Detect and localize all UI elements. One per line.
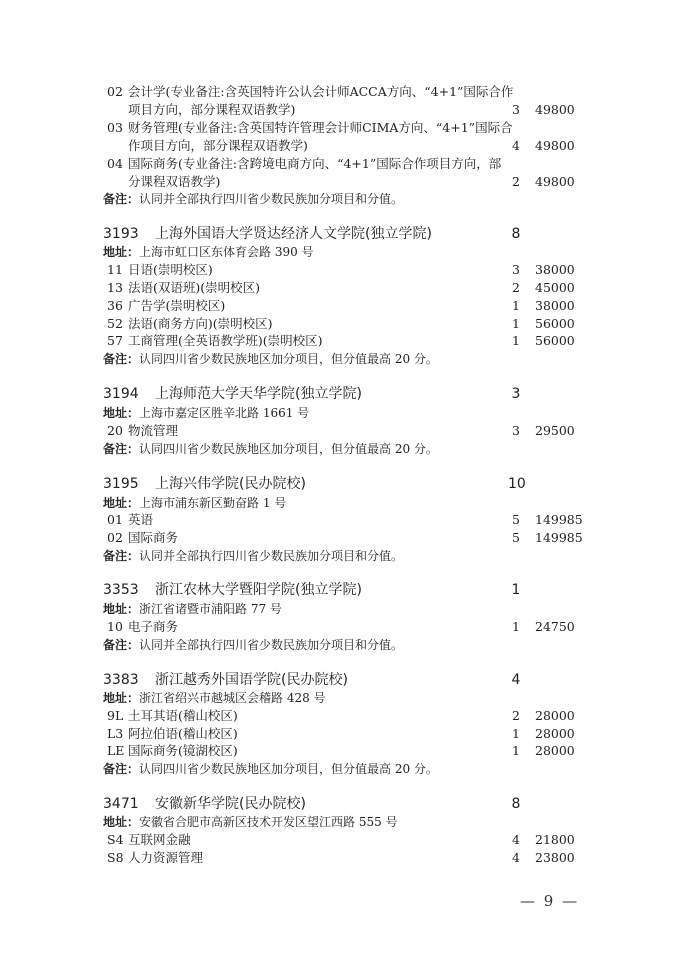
major-count: 5 xyxy=(510,511,522,529)
note-row: 备注：认同四川省少数民族地区加分项目，但分值最高 20 分。 xyxy=(0,350,680,368)
note-row: 备注：认同四川省少数民族地区加分项目，但分值最高 20 分。 xyxy=(0,440,680,458)
note-label: 备注： xyxy=(103,638,139,652)
major-row: 10 电子商务 1 24750 xyxy=(0,618,680,636)
school-code: 3194 xyxy=(103,384,139,404)
address-text: 上海市嘉定区胜辛北路 1661 号 xyxy=(139,406,309,420)
school-name: 上海兴伟学院(民办院校) xyxy=(155,474,306,494)
address-row: 地址：上海市浦东新区勤奋路 1 号 xyxy=(0,494,680,512)
school-header: 3471 安徽新华学院(民办院校) 8 xyxy=(0,794,680,814)
school-name: 浙江农林大学暨阳学院(独立学院) xyxy=(155,580,362,600)
note-label: 备注： xyxy=(103,442,139,456)
address-text: 上海市虹口区东体育会路 390 号 xyxy=(139,245,314,259)
major-count: 1 xyxy=(510,315,522,333)
note-text: 认同四川省少数民族地区加分项目，但分值最高 20 分。 xyxy=(139,762,438,776)
major-row: 57 工商管理(全英语教学班)(崇明校区) 1 56000 xyxy=(0,332,680,350)
major-fee: 38000 xyxy=(535,297,575,315)
major-name: 广告学(崇明校区) xyxy=(128,297,225,315)
address-row: 地址：上海市嘉定区胜辛北路 1661 号 xyxy=(0,404,680,422)
major-row: 01 英语 5 149985 xyxy=(0,511,680,529)
major-name: 英语 xyxy=(128,511,153,529)
major-name: 电子商务 xyxy=(128,618,178,636)
note-row: 备注：认同并全部执行四川省少数民族加分项目和分值。 xyxy=(0,636,680,654)
major-count: 5 xyxy=(510,529,522,547)
school-name: 浙江越秀外国语学院(民办院校) xyxy=(155,670,348,690)
address-row: 地址：浙江省绍兴市越城区会稽路 428 号 xyxy=(0,689,680,707)
major-row: 11 日语(崇明校区) 3 38000 xyxy=(0,261,680,279)
major-name: 国际商务(镜湖校区) xyxy=(128,742,238,760)
school-code: 3193 xyxy=(103,224,139,244)
school-code: 3353 xyxy=(103,580,139,600)
major-row-cont: 分课程双语教学) 2 49800 xyxy=(0,173,680,191)
major-row: 02 国际商务 5 149985 xyxy=(0,529,680,547)
major-row: 9L 土耳其语(稽山校区) 2 28000 xyxy=(0,707,680,725)
major-fee: 28000 xyxy=(535,707,575,725)
address-text: 上海市浦东新区勤奋路 1 号 xyxy=(139,496,286,510)
major-count: 3 xyxy=(510,422,522,440)
major-count: 1 xyxy=(510,742,522,760)
major-row: 52 法语(商务方向)(崇明校区) 1 56000 xyxy=(0,315,680,333)
major-row: 04 国际商务(专业备注:含跨境电商方向、“4+1”国际合作项目方向，部 xyxy=(0,155,680,173)
address-row: 地址：浙江省诸暨市浦阳路 77 号 xyxy=(0,600,680,618)
major-name-cont: 分课程双语教学) xyxy=(128,173,220,191)
major-name: 国际商务(专业备注:含跨境电商方向、“4+1”国际合作项目方向，部 xyxy=(128,155,501,173)
major-name: 阿拉伯语(稽山校区) xyxy=(128,725,238,743)
major-name: 人力资源管理 xyxy=(128,849,203,867)
page-number: — 9 — xyxy=(520,892,579,910)
address-text: 浙江省诸暨市浦阳路 77 号 xyxy=(139,602,282,616)
major-name: 工商管理(全英语教学班)(崇明校区) xyxy=(128,332,323,350)
major-name: 财务管理(专业备注:含英国特许管理会计师CIMA方向、“4+1”国际合 xyxy=(128,119,513,137)
note-row: 备注：认同并全部执行四川省少数民族加分项目和分值。 xyxy=(0,547,680,565)
school-code: 3471 xyxy=(103,794,139,814)
major-fee: 28000 xyxy=(535,725,575,743)
school-name: 安徽新华学院(民办院校) xyxy=(155,794,306,814)
major-fee: 45000 xyxy=(535,279,575,297)
school-total: 10 xyxy=(508,474,524,494)
school-code: 3195 xyxy=(103,474,139,494)
note-row: 备注：认同并全部执行四川省少数民族加分项目和分值。 xyxy=(0,190,680,208)
school-header: 3383 浙江越秀外国语学院(民办院校) 4 xyxy=(0,670,680,690)
major-count: 2 xyxy=(510,279,522,297)
major-count: 1 xyxy=(510,618,522,636)
school-header: 3194 上海师范大学天华学院(独立学院) 3 xyxy=(0,384,680,404)
major-row: 02 会计学(专业备注:含英国特许公认会计师ACCA方向、“4+1”国际合作 xyxy=(0,83,680,101)
address-text: 安徽省合肥市高新区技术开发区望江西路 555 号 xyxy=(139,815,398,829)
address-label: 地址： xyxy=(103,406,139,420)
major-count: 1 xyxy=(510,332,522,350)
major-count: 3 xyxy=(510,261,522,279)
address-label: 地址： xyxy=(103,496,139,510)
major-count: 2 xyxy=(510,707,522,725)
address-label: 地址： xyxy=(103,245,139,259)
major-fee: 56000 xyxy=(535,332,575,350)
major-count: 4 xyxy=(510,831,522,849)
note-label: 备注： xyxy=(103,549,139,563)
major-count: 4 xyxy=(510,849,522,867)
note-text: 认同并全部执行四川省少数民族加分项目和分值。 xyxy=(139,549,403,563)
school-total: 4 xyxy=(508,670,524,690)
school-name: 上海外国语大学贤达经济人文学院(独立学院) xyxy=(155,224,432,244)
major-name: 法语(商务方向)(崇明校区) xyxy=(128,315,273,333)
major-count: 1 xyxy=(510,297,522,315)
note-text: 认同并全部执行四川省少数民族加分项目和分值。 xyxy=(139,192,403,206)
major-fee: 56000 xyxy=(535,315,575,333)
major-name: 国际商务 xyxy=(128,529,178,547)
major-fee: 29500 xyxy=(535,422,575,440)
major-name: 土耳其语(稽山校区) xyxy=(128,707,238,725)
major-name: 日语(崇明校区) xyxy=(128,261,213,279)
major-row: S4 互联网金融 4 21800 xyxy=(0,831,680,849)
major-row: LE 国际商务(镜湖校区) 1 28000 xyxy=(0,742,680,760)
school-header: 3193 上海外国语大学贤达经济人文学院(独立学院) 8 xyxy=(0,224,680,244)
school-code: 3383 xyxy=(103,670,139,690)
major-fee: 149985 xyxy=(535,529,583,547)
major-row-cont: 作项目方向，部分课程双语教学) 4 49800 xyxy=(0,137,680,155)
major-name: 互联网金融 xyxy=(128,831,191,849)
major-fee: 21800 xyxy=(535,831,575,849)
major-name: 物流管理 xyxy=(128,422,178,440)
note-label: 备注： xyxy=(103,192,139,206)
address-label: 地址： xyxy=(103,815,139,829)
major-name: 会计学(专业备注:含英国特许公认会计师ACCA方向、“4+1”国际合作 xyxy=(128,83,513,101)
school-header: 3353 浙江农林大学暨阳学院(独立学院) 1 xyxy=(0,580,680,600)
major-count: 3 xyxy=(510,101,522,119)
school-header: 3195 上海兴伟学院(民办院校) 10 xyxy=(0,474,680,494)
major-count: 2 xyxy=(510,173,522,191)
major-name-cont: 作项目方向，部分课程双语教学) xyxy=(128,137,308,155)
major-row: 20 物流管理 3 29500 xyxy=(0,422,680,440)
major-row: L3 阿拉伯语(稽山校区) 1 28000 xyxy=(0,725,680,743)
school-total: 3 xyxy=(508,384,524,404)
major-count: 4 xyxy=(510,137,522,155)
address-row: 地址：上海市虹口区东体育会路 390 号 xyxy=(0,243,680,261)
school-total: 8 xyxy=(508,794,524,814)
major-fee: 49800 xyxy=(535,173,575,191)
major-row: 36 广告学(崇明校区) 1 38000 xyxy=(0,297,680,315)
major-row-cont: 项目方向，部分课程双语教学) 3 49800 xyxy=(0,101,680,119)
school-name: 上海师范大学天华学院(独立学院) xyxy=(155,384,362,404)
note-row: 备注：认同四川省少数民族地区加分项目，但分值最高 20 分。 xyxy=(0,760,680,778)
document-page: 02 会计学(专业备注:含英国特许公认会计师ACCA方向、“4+1”国际合作 项… xyxy=(0,0,680,961)
note-text: 认同四川省少数民族地区加分项目，但分值最高 20 分。 xyxy=(139,352,438,366)
major-fee: 38000 xyxy=(535,261,575,279)
major-fee: 28000 xyxy=(535,742,575,760)
note-label: 备注： xyxy=(103,352,139,366)
address-row: 地址：安徽省合肥市高新区技术开发区望江西路 555 号 xyxy=(0,813,680,831)
major-count: 1 xyxy=(510,725,522,743)
note-label: 备注： xyxy=(103,762,139,776)
major-fee: 24750 xyxy=(535,618,575,636)
major-fee: 149985 xyxy=(535,511,583,529)
major-fee: 23800 xyxy=(535,849,575,867)
school-total: 8 xyxy=(508,224,524,244)
major-name-cont: 项目方向，部分课程双语教学) xyxy=(128,101,295,119)
address-label: 地址： xyxy=(103,691,139,705)
major-row: S8 人力资源管理 4 23800 xyxy=(0,849,680,867)
note-text: 认同并全部执行四川省少数民族加分项目和分值。 xyxy=(139,638,403,652)
major-fee: 49800 xyxy=(535,101,575,119)
major-row: 03 财务管理(专业备注:含英国特许管理会计师CIMA方向、“4+1”国际合 xyxy=(0,119,680,137)
address-label: 地址： xyxy=(103,602,139,616)
major-row: 13 法语(双语班)(崇明校区) 2 45000 xyxy=(0,279,680,297)
address-text: 浙江省绍兴市越城区会稽路 428 号 xyxy=(139,691,326,705)
note-text: 认同四川省少数民族地区加分项目，但分值最高 20 分。 xyxy=(139,442,438,456)
school-total: 1 xyxy=(508,580,524,600)
major-fee: 49800 xyxy=(535,137,575,155)
major-name: 法语(双语班)(崇明校区) xyxy=(128,279,260,297)
